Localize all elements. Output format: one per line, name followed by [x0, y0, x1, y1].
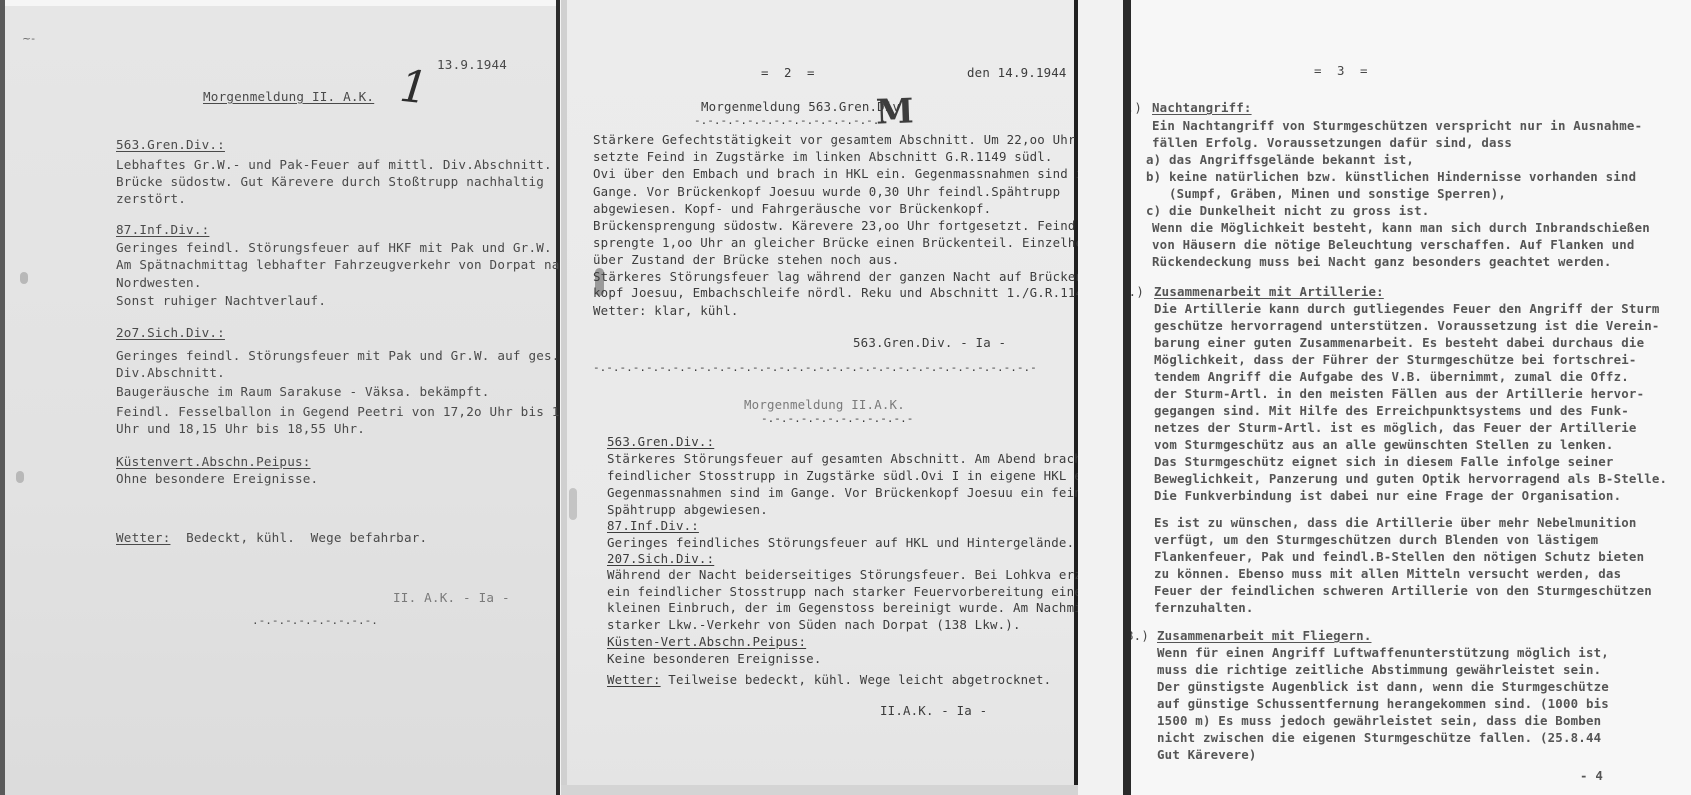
item-line: geschütze hervorragend unterstützen. Vor… — [1154, 318, 1660, 334]
item-line: nicht zwischen die eigenen Sturmgeschütz… — [1157, 730, 1601, 746]
page-left-edge — [0, 0, 5, 795]
report-line: Während der Nacht beiderseitiges Störung… — [607, 567, 1078, 583]
report-line: kleinen Einbruch, der im Gegenstoss bere… — [607, 600, 1078, 616]
section-heading: Küsten-Vert.Abschn.Peipus: — [607, 634, 806, 650]
section-heading: 563.Gren.Div.: — [116, 137, 225, 153]
item-line: von Häusern die nötige Beleuchtung versc… — [1152, 237, 1635, 253]
item-line: barung einer guten Zusammenarbeit. Es be… — [1154, 335, 1644, 351]
report-line: ein feindlicher Stosstrupp nach starker … — [607, 584, 1078, 600]
item-line: a) das Angriffsgelände bekannt ist, — [1146, 152, 1414, 168]
section-heading: 2o7.Sich.Div.: — [116, 325, 225, 341]
item-heading: Nachtangriff: — [1152, 100, 1252, 116]
section-heading: 87.Inf.Div.: — [116, 222, 209, 238]
handwritten-page-mark: 1 — [397, 61, 430, 115]
punch-hole-mark — [16, 471, 24, 483]
document-page-2: = 2 = den 14.9.1944 M Morgenmeldung 563.… — [561, 0, 1078, 795]
item-line: fällen Erfolg. Voraussetzungen dafür sin… — [1152, 135, 1512, 151]
weather-line: Wetter: klar, kühl. — [593, 303, 739, 319]
report-line: Uhr und 18,15 Uhr bis 18,55 Uhr. — [116, 421, 365, 437]
item-line: Wenn für einen Angriff Luftwaffenunterst… — [1157, 645, 1609, 661]
report-line: Div.Abschnitt. — [116, 365, 225, 381]
page-right-edge — [556, 0, 560, 795]
report-line: Stärkeres Störungsfeuer auf gesamten Abs… — [607, 451, 1078, 467]
report-line: Keine besonderen Ereignisse. — [607, 651, 821, 667]
item-line: b) keine natürlichen bzw. künstlichen Hi… — [1146, 169, 1636, 185]
item-line: vom Sturmgeschütz aus an alle gewünschte… — [1154, 437, 1614, 453]
item-line: der Sturm-Artl. in den meisten Fällen au… — [1154, 386, 1644, 402]
weather-label: Wetter: — [607, 672, 661, 687]
item-line: fernzuhalten. — [1154, 600, 1254, 616]
item-heading: Zusammenarbeit mit Fliegern. — [1157, 628, 1371, 644]
report-line: Geringes feindl. Störungsfeuer auf HKF m… — [116, 240, 552, 256]
document-page-3: = 3 = 6.) Nachtangriff: Ein Nachtangriff… — [1126, 0, 1691, 795]
scan-gap — [1078, 0, 1126, 795]
item-line: Rückendeckung muss bei Nacht ganz besond… — [1152, 254, 1612, 270]
section-heading: 87.Inf.Div.: — [607, 518, 699, 534]
report-date: 13.9.1944 — [437, 57, 507, 73]
item-line: Der günstigste Augenblick ist dann, wenn… — [1157, 679, 1609, 695]
report-line: Gegenmassnahmen sind im Gange. Vor Brück… — [607, 485, 1078, 501]
report-signature: II. A.K. - Ia - — [393, 590, 510, 606]
title-rule: -.-.-.-.-.-.-.-.-.-.-.-.-.-.- — [694, 113, 886, 129]
report-line: Geringes feindl. Störungsfeuer mit Pak u… — [116, 348, 560, 364]
page-bottom-edge — [561, 785, 1078, 795]
separator-line: -.-.-.-.-.-.-.-.-.-.-.-.-.-.-.-.-.-.-.-.… — [593, 360, 1037, 376]
pencil-scribble: ~- — [22, 32, 35, 45]
section-heading: 207.Sich.Div.: — [607, 551, 714, 567]
title-rule: -.-.-.-.-.-.-.-.-.-.-.- — [761, 411, 913, 427]
item-line: auf günstige Schussentfernung herangekom… — [1157, 696, 1609, 712]
report-line: abgewiesen. Kopf- und Fahrgeräusche vor … — [593, 201, 991, 217]
report-line: feindlicher Stosstrupp in Zugstärke südl… — [607, 468, 1078, 484]
punch-hole-mark — [20, 272, 28, 284]
item-line: 1500 m) Es muss jedoch gewährleistet sei… — [1157, 713, 1601, 729]
report-line: zerstört. — [116, 191, 186, 207]
item-line: tendem Angriff die Aufgabe des V.B. über… — [1154, 369, 1629, 385]
report-line: sprengte 1,oo Uhr an gleicher Brücke ein… — [593, 235, 1078, 251]
separator-line: .-.-.-.-.-.-.-.-.-. — [252, 613, 378, 629]
item-line: Feuer der feindlichen schweren Artilleri… — [1154, 583, 1652, 599]
report-line: Baugeräusche im Raum Sarakuse - Väksa. b… — [116, 384, 490, 400]
item-line: Das Sturmgeschütz eignet sich in diesem … — [1154, 454, 1614, 470]
report-line: kopf Joesuu, Embachschleife nördl. Reku … — [593, 285, 1078, 301]
item-line: Möglichkeit, dass der Führer der Sturmge… — [1154, 352, 1637, 368]
report-line: Ovi über den Embach und brach in HKL ein… — [593, 166, 1078, 182]
report-line: Spähtrupp abgewiesen. — [607, 502, 768, 518]
weather-text: klar, kühl. — [654, 303, 738, 318]
item-line: muss die richtige zeitliche Abstimmung g… — [1157, 662, 1601, 678]
report-date: den 14.9.1944 — [967, 65, 1067, 81]
report-line: Am Spätnachmittag lebhafter Fahrzeugverk… — [116, 257, 560, 273]
section-heading: Küstenvert.Abschn.Peipus: — [116, 454, 311, 470]
report-line: Sonst ruhiger Nachtverlauf. — [116, 293, 326, 309]
item-line: verfügt, um den Sturmgeschützen durch Bl… — [1154, 532, 1598, 548]
report-signature: 563.Gren.Div. - Ia - — [853, 335, 1006, 351]
item-line: gegangen sind. Mit Hilfe des Erreichpunk… — [1154, 403, 1629, 419]
weather-label: Wetter: — [116, 530, 170, 545]
report-line: über Zustand der Brücke stehen noch aus. — [593, 252, 899, 268]
report-line: starker Lkw.-Verkehr von Süden nach Dorp… — [607, 617, 1021, 633]
report-line: Brücke südostw. Gut Kärevere durch Stoßt… — [116, 174, 544, 190]
item-line: (Sumpf, Gräben, Minen und sonstige Sperr… — [1146, 186, 1506, 202]
weather-line: Wetter: Bedeckt, kühl. Wege befahrbar. — [116, 530, 427, 546]
item-line: Gut Kärevere) — [1157, 747, 1257, 763]
item-line: Beweglichkeit, Panzerung und guten Optik… — [1154, 471, 1667, 487]
weather-label: Wetter: — [593, 303, 647, 318]
report-line: Geringes feindliches Störungsfeuer auf H… — [607, 535, 1074, 551]
section-heading: 563.Gren.Div.: — [607, 434, 714, 450]
report-line: Ohne besondere Ereignisse. — [116, 471, 318, 487]
item-line: Wenn die Möglichkeit besteht, kann man s… — [1152, 220, 1650, 236]
report-line: setzte Feind in Zugstärke im linken Absc… — [593, 149, 1053, 165]
item-line: Flankenfeuer, Pak und feindl.B-Stellen d… — [1154, 549, 1644, 565]
page-top-edge — [0, 0, 560, 6]
page-number: = 3 = — [1314, 63, 1368, 79]
report-title: Morgenmeldung II. A.K. — [203, 89, 374, 105]
report-line: Feindl. Fesselballon in Gegend Peetri vo… — [116, 404, 560, 420]
report-line: Stärkere Gefechtstätigkeit vor gesamtem … — [593, 132, 1076, 148]
page-left-edge — [561, 0, 567, 795]
item-heading: Zusammenarbeit mit Artillerie: — [1154, 284, 1384, 300]
report-line: Stärkeres Störungsfeuer lag während der … — [593, 269, 1078, 285]
item-line: netzes der Sturm-Artl. ist es möglich, d… — [1154, 420, 1637, 436]
item-line: Die Artillerie kann durch gutliegendes F… — [1154, 301, 1660, 317]
report-line: Lebhaftes Gr.W.- und Pak-Feuer auf mittl… — [116, 157, 552, 173]
punch-hole-mark — [569, 488, 577, 520]
weather-text: Teilweise bedeckt, kühl. Wege leicht abg… — [668, 672, 1051, 687]
item-line: c) die Dunkelheit nicht zu gross ist. — [1146, 203, 1429, 219]
binding-shadow — [1123, 0, 1131, 795]
page-number: = 2 = — [761, 65, 815, 81]
item-line: zu können. Ebenso muss mit allen Mitteln… — [1154, 566, 1621, 582]
next-page-marker: - 4 — [1580, 768, 1603, 784]
report-line: Nordwesten. — [116, 275, 202, 291]
item-line: Es ist zu wünschen, dass die Artillerie … — [1154, 515, 1637, 531]
item-line: Ein Nachtangriff von Sturmgeschützen ver… — [1152, 118, 1642, 134]
item-line: Die Funkverbindung ist dabei nur eine Fr… — [1154, 488, 1621, 504]
weather-line: Wetter: Teilweise bedeckt, kühl. Wege le… — [607, 672, 1051, 688]
report-line: Brückensprengung südostw. Kärevere 23,oo… — [593, 218, 1076, 234]
report-line: Gange. Vor Brückenkopf Joesuu wurde 0,30… — [593, 184, 1060, 200]
report-signature: II.A.K. - Ia - — [880, 703, 987, 719]
document-page-1: ~- 13.9.1944 1 Morgenmeldung II. A.K. 56… — [0, 0, 560, 795]
weather-text: Bedeckt, kühl. Wege befahrbar. — [186, 530, 427, 545]
